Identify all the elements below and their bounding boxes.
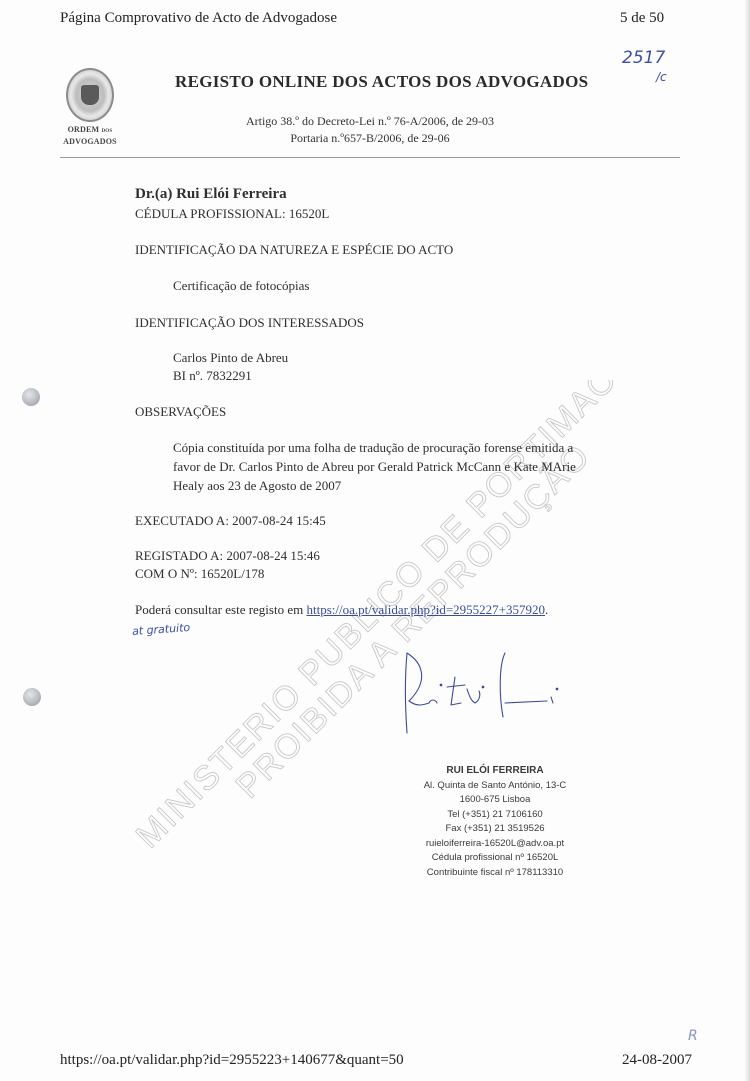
stamp-professional-id: Cédula profissional nº 16520L — [400, 851, 590, 866]
stamp-postal-code: 1600-675 Lisboa — [400, 793, 590, 808]
logo-line2: ADVOGADOS — [63, 137, 117, 146]
act-nature: Certificação de fotocópias — [173, 278, 309, 294]
handwritten-page-number: 2517 — [622, 48, 665, 68]
lawyer-name: Dr.(a) Rui Elói Ferreira — [135, 186, 287, 203]
interested-party-id: BI nº. 7832291 — [173, 368, 252, 384]
print-header-page-number: 5 de 50 — [620, 10, 664, 27]
consult-registry-line: Poderá consultar este registo em https:/… — [135, 602, 548, 618]
stamp-name: RUI ELÓI FERREIRA — [400, 764, 590, 779]
stamp-fax: Fax (+351) 21 3519526 — [400, 822, 590, 837]
observations-text: Cópia constituída por uma folha de tradu… — [173, 438, 593, 495]
professional-id: CÉDULA PROFISSIONAL: 16520L — [135, 206, 329, 222]
signature-icon — [395, 645, 575, 735]
bar-association-seal-icon — [66, 68, 114, 122]
legal-basis-portaria: Portaria n.º657-B/2006, de 29-06 — [230, 130, 510, 147]
page-edge — [744, 0, 750, 1081]
section-heading-observations: OBSERVAÇÕES — [135, 404, 226, 420]
stamp-address: Al. Quinta de Santo António, 13-C — [400, 779, 590, 794]
print-footer-date: 24-08-2007 — [622, 1052, 692, 1069]
handwritten-mark: /c — [656, 70, 667, 84]
handwritten-note: at gratuito — [132, 621, 191, 638]
consult-prefix: Poderá consultar este registo em — [135, 602, 306, 617]
ordem-advogados-logo: ORDEM DOS ADVOGADOS — [60, 68, 120, 148]
legal-basis: Artigo 38.º do Decreto-Lei n.º 76-A/2006… — [230, 113, 510, 147]
section-heading-interested: IDENTIFICAÇÃO DOS INTERESSADOS — [135, 315, 364, 331]
stamp-phone: Tel (+351) 21 7106160 — [400, 808, 590, 823]
stamp-email: ruieloiferreira-16520L@adv.oa.pt — [400, 837, 590, 852]
consult-suffix: . — [545, 602, 548, 617]
stamp-tax-number: Contribuinte fiscal nº 178113310 — [400, 866, 590, 881]
validation-link[interactable]: https://oa.pt/validar.php?id=2955227+357… — [306, 602, 545, 617]
document-title: REGISTO ONLINE DOS ACTOS DOS ADVOGADOS — [175, 72, 588, 92]
registration-number: COM O Nº: 16520L/178 — [135, 566, 264, 582]
interested-party-name: Carlos Pinto de Abreu — [173, 350, 288, 366]
registered-timestamp: REGISTADO A: 2007-08-24 15:46 — [135, 548, 320, 564]
punch-hole-icon — [23, 688, 41, 706]
print-footer-url: https://oa.pt/validar.php?id=2955223+140… — [60, 1052, 404, 1069]
handwritten-initials: R — [688, 1028, 698, 1044]
print-header-title: Página Comprovativo de Acto de Advogados… — [60, 10, 337, 27]
section-heading-nature: IDENTIFICAÇÃO DA NATUREZA E ESPÉCIE DO A… — [135, 242, 453, 258]
logo-text: ORDEM DOS ADVOGADOS — [60, 125, 120, 147]
punch-hole-icon — [22, 388, 40, 406]
lawyer-stamp: RUI ELÓI FERREIRA Al. Quinta de Santo An… — [400, 764, 590, 880]
logo-line1-small: DOS — [101, 129, 112, 134]
logo-line1: ORDEM — [68, 125, 100, 134]
header-divider — [60, 157, 680, 158]
executed-timestamp: EXECUTADO A: 2007-08-24 15:45 — [135, 513, 326, 529]
legal-basis-decree: Artigo 38.º do Decreto-Lei n.º 76-A/2006… — [230, 113, 510, 130]
